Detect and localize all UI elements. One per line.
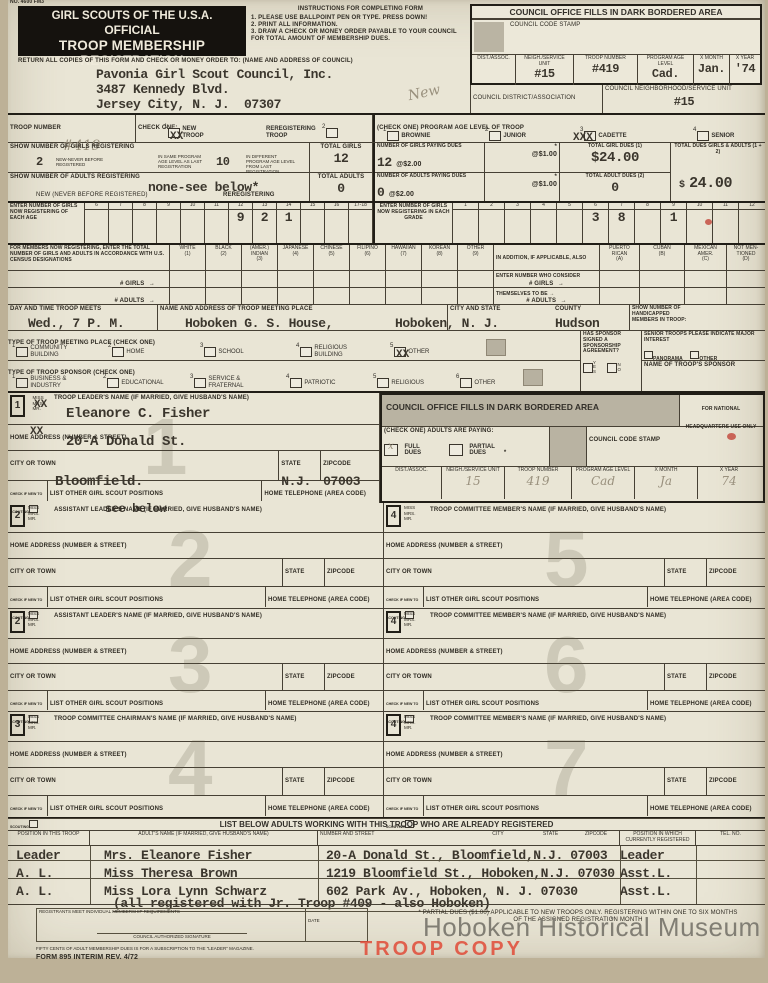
senior-interest-label: SENIOR TROOPS PLEASE INDICATE MAJOR INTE… (644, 332, 763, 344)
cadette-label: CADETTE (598, 133, 626, 139)
red-stamp-mark (727, 433, 736, 440)
adults-paying-cell: NUMBER OF ADULTS PAYING DUES 0 @$2.00 (375, 173, 485, 201)
full-dues-label: FULL DUES (404, 444, 430, 457)
meeting-row: DAY AND TIME TROOP MEETS Wed., 7 P. M. N… (8, 305, 765, 331)
prefix-typed-mark: XX (34, 399, 47, 411)
date-box: DATE (306, 908, 368, 942)
registrants-label: REGISTRANTS MEET INDIVIDUAL MEMBERSHIP R… (37, 909, 305, 916)
form-number: NO. 4600 FM3 (10, 0, 44, 6)
block-title: TROOP COMMITTEE MEMBER'S NAME (IF MARRIE… (430, 507, 666, 514)
girl-dues-cell: TOTAL GIRL DUES (1) $24.00 (560, 143, 670, 172)
council-city: Jersey City, N. J. 07307 (96, 97, 333, 112)
block-number-box: 2 (10, 611, 25, 633)
district-row: COUNCIL DISTRICT/ASSOCIATION COUNCIL NEI… (470, 85, 765, 113)
sponsor-type-row: TYPE OF TROOP SPONSOR (CHECK ONE) 1BUSIN… (8, 361, 580, 391)
instructions-title: INSTRUCTIONS FOR COMPLETING FORM (251, 6, 470, 13)
stamp-gray-box (474, 22, 504, 52)
other-interest-label: OTHER (699, 356, 717, 362)
rereg-checkbox (326, 128, 338, 138)
council-gray-box (523, 369, 543, 386)
council-address-typed: Pavonia Girl Scout Council, Inc. 3487 Ke… (96, 67, 333, 112)
handicapped-label: SHOW NUMBER OF HANDICAPPED MEMBERS IN TR… (632, 306, 692, 323)
grand-total-currency: $ (679, 180, 685, 191)
person-blocks-grid: 2 2MISSMRS.MR.ASSISTANT LEADER'S NAME (I… (8, 503, 765, 818)
service-unit-label: NEIGH./SERVICE UNIT (518, 56, 571, 67)
junior-num: 2 (485, 127, 488, 133)
block-title: TROOP COMMITTEE MEMBER'S NAME (IF MARRIE… (430, 716, 666, 723)
brownie-checkbox (387, 131, 399, 141)
religious-building-checkbox (300, 347, 312, 357)
grade-grid-label: ENTER NUMBER OF GIRLS NOW REGISTERING IN… (377, 204, 450, 221)
adults-partial-cell: * @$1.00 (485, 173, 560, 201)
year-label: X YEAR (732, 56, 758, 62)
adults-paying-value: 0 (377, 185, 384, 200)
adults-paying-mode-label: (CHECK ONE) ADULTS ARE PAYING: (384, 428, 547, 435)
meeting-place-type-row: TYPE OF TROOP MEETING PLACE (CHECK ONE) … (8, 331, 580, 361)
block-number-box: 4 (386, 505, 401, 527)
girls-rate2: @$1.00 (487, 151, 557, 159)
block-number-box: 3 (10, 714, 25, 736)
footer-section: REGISTRANTS MEET INDIVIDUAL MEMBERSHIP R… (8, 904, 765, 958)
junior-checkbox (489, 131, 501, 141)
girls-diff-label: IN DIFFERENT PROGRAM AGE LEVEL FROM LAST… (246, 155, 298, 175)
total-adults-label: TOTAL ADULTS (312, 174, 370, 181)
census-girls-row: # GIRLS → # GIRLS → (8, 271, 765, 288)
girls-new-label: NEW-NEVER BEFORE REGISTERED (56, 158, 108, 168)
girl-dues-value: $24.00 (562, 150, 668, 166)
school-checkbox (204, 347, 216, 357)
other-sponsor-checkbox (460, 378, 472, 388)
girls-star: * (487, 144, 557, 151)
adults-table-title: LIST BELOW ADULTS WORKING WITH THIS TROO… (8, 818, 765, 831)
grand-total-value: 24.00 (689, 175, 732, 192)
sponsor-agreement-label: HAS SPONSOR SIGNED A SPONSORSHIP AGREEME… (583, 332, 639, 355)
yes-checkbox (583, 363, 593, 373)
total-adults-cell: TOTAL ADULTS 0 (310, 173, 373, 201)
girls-paying-value: 12 (377, 155, 392, 170)
new-troop-number: 1 (164, 124, 167, 130)
service-fraternal-checkbox (194, 378, 206, 388)
arrow-right-icon: → (561, 298, 567, 304)
leader-magazine-note: FIFTY CENTS OF ADULT MEMBERSHIP DUES IS … (36, 947, 254, 952)
religious-sponsor-checkbox (377, 378, 389, 388)
panorama-checkbox (644, 351, 653, 359)
instruction-3: 3. DRAW A CHECK OR MONEY ORDER PAYABLE T… (251, 29, 470, 43)
panorama-label: PANORAMA (653, 356, 683, 362)
senior-num: 4 (693, 127, 696, 133)
adult-row: A. L. Miss Theresa Brown 1219 Bloomfield… (8, 864, 765, 882)
form-id: FORM 895 INTERIM REV. 4/72 (36, 954, 138, 962)
registration-dues-section: SHOW NUMBER OF GIRLS REGISTERING 2 NEW-N… (8, 143, 765, 203)
troop-number-value: #419 (576, 62, 635, 76)
person-block: 2 2MISSMRS.MR.ASSISTANT LEADER'S NAME (I… (8, 503, 384, 608)
total-girls-value: 12 (312, 151, 370, 166)
adults-new-label: NEW (NEVER BEFORE REGISTERED) (36, 192, 148, 199)
council-office-box-mid: COUNCIL OFFICE FILLS IN DARK BORDERED AR… (380, 393, 765, 503)
registered-adults-table: LIST BELOW ADULTS WORKING WITH THIS TROO… (8, 818, 765, 904)
leader-council-section: 1 1 MISSMRS.MR. TROOP LEADER'S NAME (IF … (8, 393, 765, 503)
community-building-checkbox (16, 347, 28, 357)
council-neighborhood-value: #15 (605, 95, 763, 109)
return-line: RETURN ALL COPIES OF THIS FORM AND CHECK… (18, 58, 468, 65)
adults-paying-label: NUMBER OF ADULTS PAYING DUES (377, 174, 482, 180)
grade-grid-label-cell: ENTER NUMBER OF GIRLS NOW REGISTERING IN… (373, 203, 453, 243)
council-office-title: COUNCIL OFFICE FILLS IN DARK BORDERED AR… (472, 6, 760, 20)
block-number-box: 4 (386, 611, 401, 633)
council-neighborhood-label: COUNCIL NEIGHBORHOOD/SERVICE UNIT (605, 86, 763, 93)
leader-name-typed: Eleanore C. Fisher (66, 406, 210, 422)
adults-rereg-label: REREGISTERING (223, 192, 275, 199)
partial-dues-star: * (504, 450, 507, 456)
form-title-line1: GIRL SCOUTS OF THE U.S.A. (18, 10, 246, 22)
council-street: 3487 Kennedy Blvd. (96, 82, 333, 97)
instructions-block: INSTRUCTIONS FOR COMPLETING FORM 1. PLEA… (251, 6, 470, 43)
business-industry-checkbox (16, 378, 28, 388)
council-code-stamp-area: COUNCIL CODE STAMP (472, 20, 760, 54)
meeting-place-label: NAME AND ADDRESS OF TROOP MEETING PLACE (160, 306, 445, 313)
scanned-registration-form: { "page": { "form_no": "NO. 4600 FM3", "… (0, 0, 768, 983)
adults-rate1: @$2.00 (389, 191, 414, 198)
partial-dues-label: PARTIAL DUES (469, 444, 499, 457)
other-place-typed-mark: XX (396, 349, 409, 361)
troop-copy-stamp: TROOP COPY (360, 938, 523, 961)
census-adults-row: # ADULTS → # ADULTS → (8, 288, 765, 304)
girls-registering-cell: SHOW NUMBER OF GIRLS REGISTERING 2 NEW-N… (8, 143, 310, 172)
month-label: X MONTH (696, 56, 727, 62)
age-grid: 6 7 8 9 10 11 129 132 141 15 16 17-18 (85, 203, 373, 243)
yes-label: YES (593, 361, 598, 375)
adults-rate2: @$1.00 (487, 181, 557, 189)
council-office-mid-title: COUNCIL OFFICE FILLS IN DARK BORDERED AR… (386, 402, 599, 412)
year-value: '74 (732, 62, 758, 76)
meeting-city-value: Hoboken, N. J. (395, 316, 551, 331)
patriotic-checkbox (290, 378, 302, 388)
form-title-block: GIRL SCOUTS OF THE U.S.A. OFFICIAL TROOP… (18, 6, 246, 56)
dist-assoc-label: DIST./ASSOC. (474, 56, 513, 62)
date-label: DATE (306, 918, 320, 923)
troop-number-row: TROOP NUMBER #419 CHECK ONE: 1NEW TROOP … (8, 113, 765, 143)
meeting-sponsor-section: TYPE OF TROOP MEETING PLACE (CHECK ONE) … (8, 331, 765, 393)
arrow-right-icon: → (149, 281, 155, 287)
troop-number-cell-label: TROOP NUMBER (10, 125, 61, 131)
person-block: 5 4MISSMRS.MR.TROOP COMMITTEE MEMBER'S N… (384, 503, 765, 608)
program-age-value: Cad. (640, 67, 691, 81)
girls-same-value: 10 (216, 155, 230, 169)
handwritten-new-note: New (407, 82, 442, 104)
block-title: ASSISTANT LEADER'S NAME (IF MARRIED, GIV… (54, 507, 262, 514)
girls-paying-cell: NUMBER OF GIRLS PAYING DUES 12 @$2.00 (375, 143, 485, 172)
full-dues-pencil-mark: x (388, 441, 394, 452)
mid-code-stamp-label: COUNCIL CODE STAMP (589, 437, 660, 443)
sponsor-agreement-cell: HAS SPONSOR SIGNED A SPONSORSHIP AGREEME… (580, 331, 642, 391)
program-age-label: PROGRAM AGE LEVEL (640, 56, 691, 67)
form-paper: NO. 4600 FM3 GIRL SCOUTS OF THE U.S.A. O… (8, 0, 765, 958)
council-gray-box (486, 339, 506, 356)
person-block: 3 2MISSMRS.MR.ASSISTANT LEADER'S NAME (I… (8, 609, 384, 711)
total-adults-value: 0 (312, 181, 370, 196)
senior-label: SENIOR (711, 133, 734, 139)
grand-total-label: TOTAL DUES GIRLS & ADULTS (1 + 2) (673, 144, 763, 156)
rereg-number: 2 (322, 124, 325, 130)
age-grid-label: ENTER NUMBER OF GIRLS NOW REGISTERING OF… (10, 204, 82, 221)
meeting-day-label: DAY AND TIME TROOP MEETS (10, 306, 155, 313)
signature-label: COUNCIL AUTHORIZED SIGNATURE (97, 933, 247, 940)
month-value: Jan. (696, 62, 727, 76)
service-unit-value: #15 (518, 67, 571, 81)
block-number-box: 2 (10, 505, 25, 527)
leader-title: TROOP LEADER'S NAME (IF MARRIED, GIVE HU… (54, 395, 249, 402)
girls-registering-label: SHOW NUMBER OF GIRLS REGISTERING (10, 144, 307, 151)
mid-gray-box (550, 427, 587, 466)
brownie-num: 1 (383, 127, 386, 133)
total-girls-label: TOTAL GIRLS (312, 144, 370, 151)
other-interest-checkbox (690, 351, 699, 359)
person-block: 7 4MISSMRS.MR.TROOP COMMITTEE MEMBER'S N… (384, 712, 765, 817)
senior-checkbox (697, 131, 709, 141)
block-number-box: 1 (10, 395, 25, 417)
adult-row: Leader Mrs. Eleanore Fisher 20-A Donald … (8, 846, 765, 864)
census-section: FOR MEMBERS NOW REGISTERING, ENTER THE T… (8, 245, 765, 305)
rereg-troop-label: REREGISTERING TROOP (266, 126, 322, 139)
block-title: ASSISTANT LEADER'S NAME (IF MARRIED, GIV… (54, 613, 262, 620)
partial-dues-checkbox (449, 444, 463, 456)
brownie-label: BROWNIE (401, 133, 430, 139)
adults-star: * (487, 174, 557, 181)
sponsor-name-cell: NAME OF TROOP'S SPONSOR (642, 361, 765, 391)
home-checkbox (112, 347, 124, 357)
leader-block: 1 1 MISSMRS.MR. TROOP LEADER'S NAME (IF … (8, 393, 380, 503)
council-office-box-top: COUNCIL OFFICE FILLS IN DARK BORDERED AR… (470, 4, 762, 85)
council-district-label: COUNCIL DISTRICT/ASSOCIATION (473, 95, 576, 101)
new-troop-label: NEW TROOP (182, 126, 212, 139)
meeting-day-value: Wed., 7 P. M. (28, 316, 155, 331)
senior-interest-cell: SENIOR TROOPS PLEASE INDICATE MAJOR INTE… (642, 331, 765, 361)
block-title: TROOP COMMITTEE CHAIRMAN'S NAME (IF MARR… (54, 716, 297, 723)
girls-partial-cell: * @$1.00 (485, 143, 560, 172)
red-ink-dot (705, 219, 712, 225)
grade-grid: 1 2 3 4 5 63 78 8 91 10 11 12 (453, 203, 765, 243)
person-block: 4 3MISSMRS.MR.TROOP COMMITTEE CHAIRMAN'S… (8, 712, 384, 817)
girls-rate1: @$2.00 (396, 161, 421, 168)
educational-checkbox (107, 378, 119, 388)
form-title-line2: OFFICIAL (18, 23, 246, 37)
new-troop-typed-mark: XX (170, 131, 183, 143)
girls-new-value: 2 (36, 155, 43, 169)
meeting-county-label: COUNTY (555, 306, 627, 313)
girls-same-label: IN SAME PROGRAM AGE LEVEL AS LAST REGIST… (158, 155, 210, 170)
age-grid-label-cell: ENTER NUMBER OF GIRLS NOW REGISTERING OF… (8, 203, 85, 243)
instruction-1: 1. PLEASE USE BALLPOINT PEN OR TYPE. PRE… (251, 15, 470, 22)
arrow-right-icon: → (149, 298, 155, 304)
adult-dues-cell: TOTAL ADULT DUES (2) 0 (560, 173, 670, 201)
no-checkbox (607, 363, 617, 373)
sponsor-name-label: NAME OF TROOP'S SPONSOR (644, 362, 763, 369)
adult-dues-value: 0 (562, 180, 668, 195)
instruction-2: 2. PRINT ALL INFORMATION. (251, 22, 470, 29)
address-typed-mark: XX (30, 426, 43, 438)
council-code-stamp-label: COUNCIL CODE STAMP (510, 22, 580, 29)
registrants-box: REGISTRANTS MEET INDIVIDUAL MEMBERSHIP R… (36, 908, 306, 942)
council-name: Pavonia Girl Scout Council, Inc. (96, 67, 333, 82)
arrow-right-icon: → (558, 281, 564, 287)
age-grade-grid-section: ENTER NUMBER OF GIRLS NOW REGISTERING OF… (8, 203, 765, 245)
no-label: NO (617, 363, 622, 372)
person-block: 6 4MISSMRS.MR.TROOP COMMITTEE MEMBER'S N… (384, 609, 765, 711)
meeting-county-value: Hudson (555, 316, 627, 331)
junior-label: JUNIOR (503, 133, 526, 139)
block-number-box: 4 (386, 714, 401, 736)
total-girls-cell: TOTAL GIRLS 12 (310, 143, 373, 172)
adults-registering-cell: SHOW NUMBER OF ADULTS REGISTERING none-s… (8, 173, 310, 201)
meeting-city-label: CITY AND STATE (450, 306, 551, 313)
girls-paying-label: NUMBER OF GIRLS PAYING DUES (377, 144, 482, 150)
census-label: FOR MEMBERS NOW REGISTERING, ENTER THE T… (10, 246, 167, 263)
block-title: TROOP COMMITTEE MEMBER'S NAME (IF MARRIE… (430, 613, 666, 620)
grand-total-cell: TOTAL DUES GIRLS & ADULTS (1 + 2) $ 24.0… (670, 143, 765, 201)
leader-address-typed: 20-A Donald St. (66, 434, 186, 450)
